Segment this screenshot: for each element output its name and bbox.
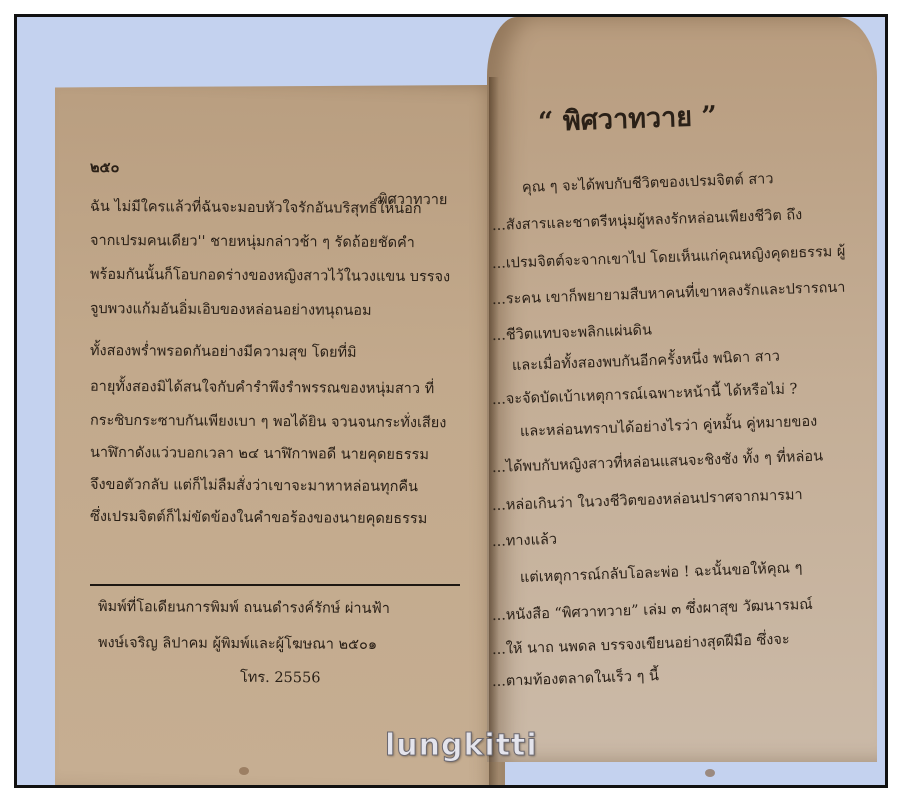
paper-stain: [705, 769, 715, 777]
book-title: “ พิศวาทวาย ”: [537, 94, 717, 143]
body-line: ซึ่งเปรมจิตต์ก็ไม่ขัดข้องในคำขอร้องของนา…: [90, 505, 427, 530]
body-line: อายุทั้งสองมิได้สนใจกับคำรำพึงรำพรรณของห…: [90, 375, 434, 400]
body-line: ฉัน ไม่มีใครแล้วที่ฉันจะมอบหัวใจรักอันบร…: [90, 195, 422, 220]
body-line: จากเปรมคนเดียว'' ชายหนุ่มกล่าวช้า ๆ รัดถ…: [90, 229, 415, 254]
paper-stain: [239, 767, 249, 775]
colophon-phone: โทร. 25556: [240, 666, 321, 690]
body-line: จูบพวงแก้มอันอิ่มเอิบของหล่อนอย่างทนุถนอ…: [90, 297, 372, 322]
colophon-divider: [90, 584, 460, 586]
body-line: ...ทางแล้ว: [492, 528, 558, 553]
watermark-text: lungkitti: [385, 728, 538, 763]
body-line: ทั้งสองพร่ำพรอดกันอย่างมีความสุข โดยที่ม…: [90, 339, 357, 364]
body-line: จึงขอตัวกลับ แต่ก็ไม่ลืมสั่งว่าเขาจะมาหา…: [90, 473, 418, 498]
body-line: นาฬิกาดังแว่วบอกเวลา ๒๔ นาฬิกาพอดี นายคุ…: [90, 441, 429, 466]
colophon-line: พิมพ์ที่โอเดียนการพิมพ์ ถนนดำรงค์รักษ์ ผ…: [98, 595, 390, 620]
body-line: พร้อมกันนั้นก็โอบกอดร่างของหญิงสาวไว้ในว…: [90, 263, 450, 289]
page-number: ๒๕๐: [90, 156, 120, 179]
colophon-line: พงษ์เจริญ ลิปาคม ผู้พิมพ์และผู้โฆษณา ๒๕๐…: [98, 631, 377, 656]
body-line: กระซิบกระซาบกันเพียงเบา ๆ พอได้ยิน จวนจน…: [90, 409, 447, 434]
